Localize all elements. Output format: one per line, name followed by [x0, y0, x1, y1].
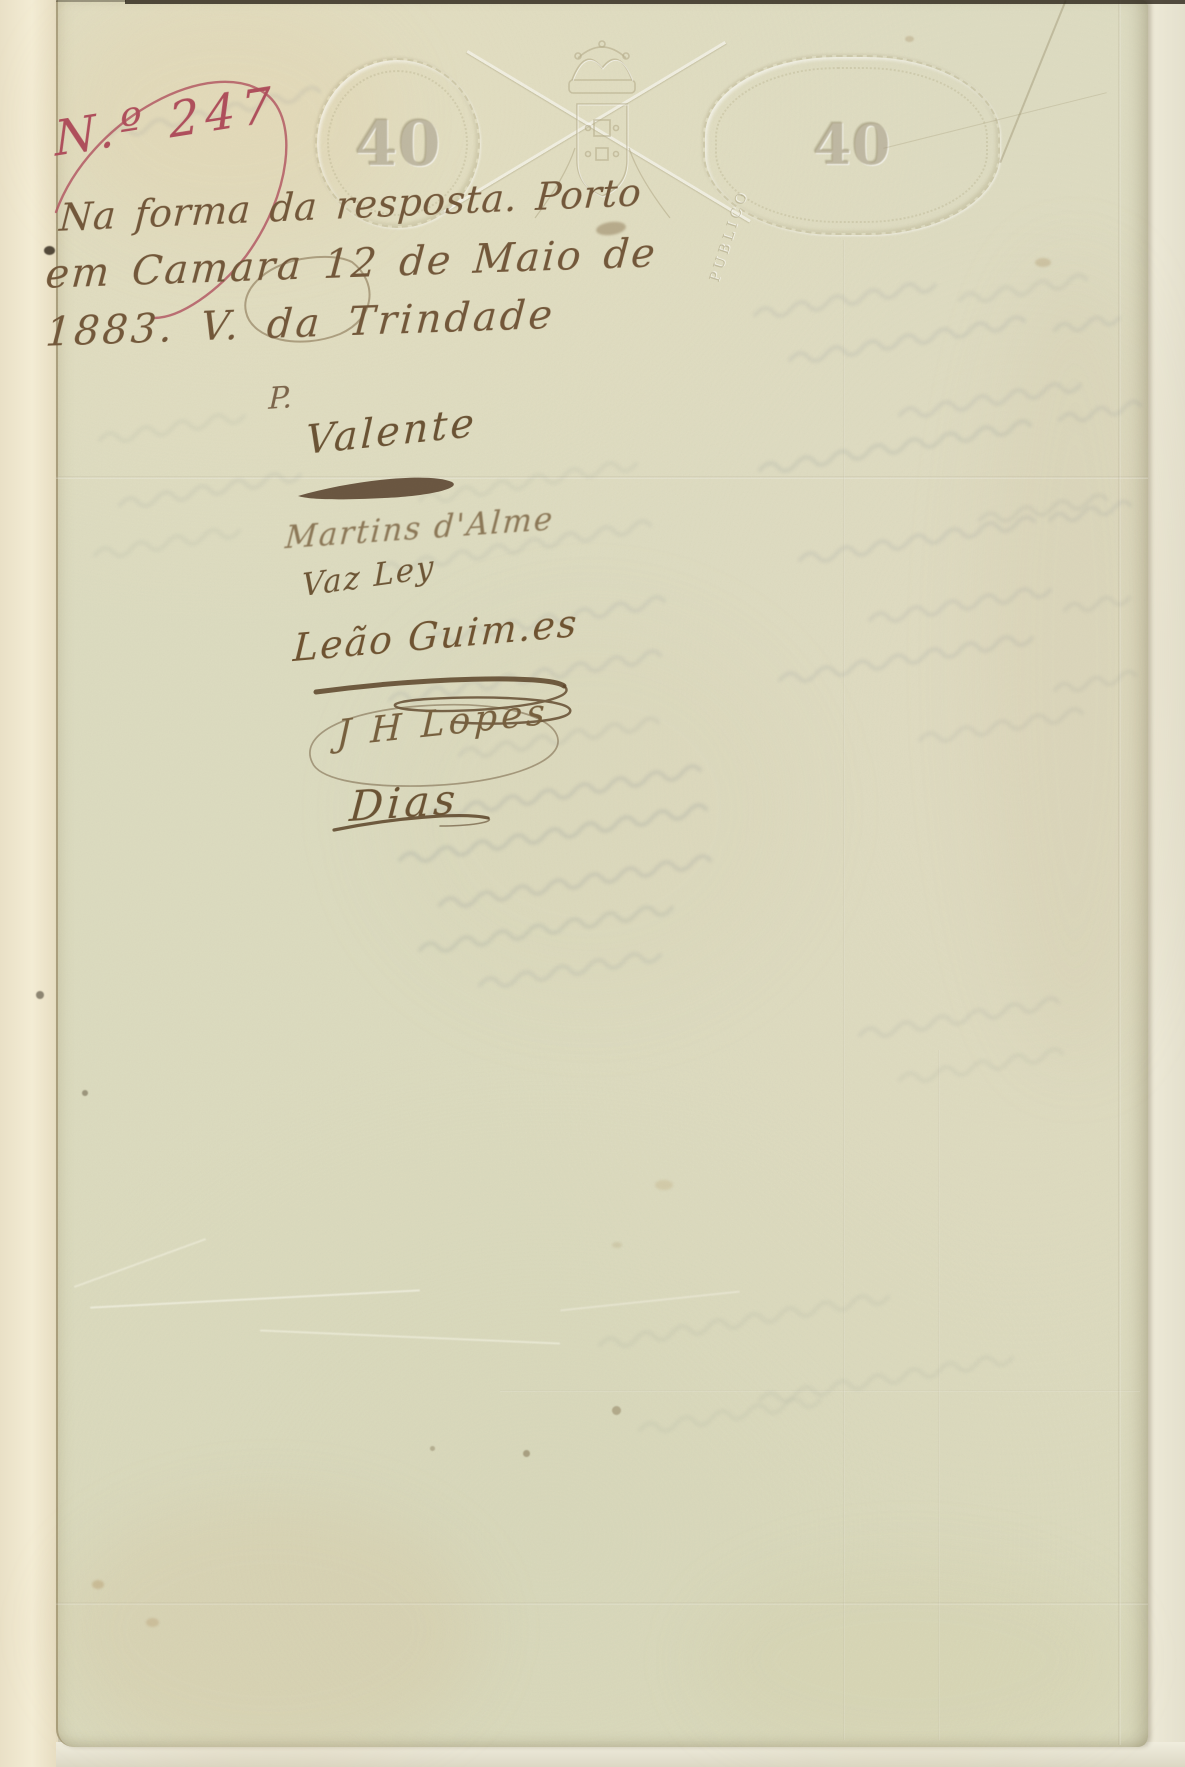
- signature-dias: Dias: [348, 774, 461, 831]
- scan-edge-top: [125, 0, 1185, 4]
- blind-stamp-right-medallion: 40: [703, 55, 1000, 235]
- scan-edge-top-left: [56, 0, 126, 2]
- stamp-value-left: 40: [354, 107, 440, 180]
- scanned-manuscript-page: 40 40 PUBLICO: [0, 0, 1185, 1767]
- paragraph-initial: P.: [268, 380, 293, 417]
- stamp-value-right: 40: [813, 112, 891, 178]
